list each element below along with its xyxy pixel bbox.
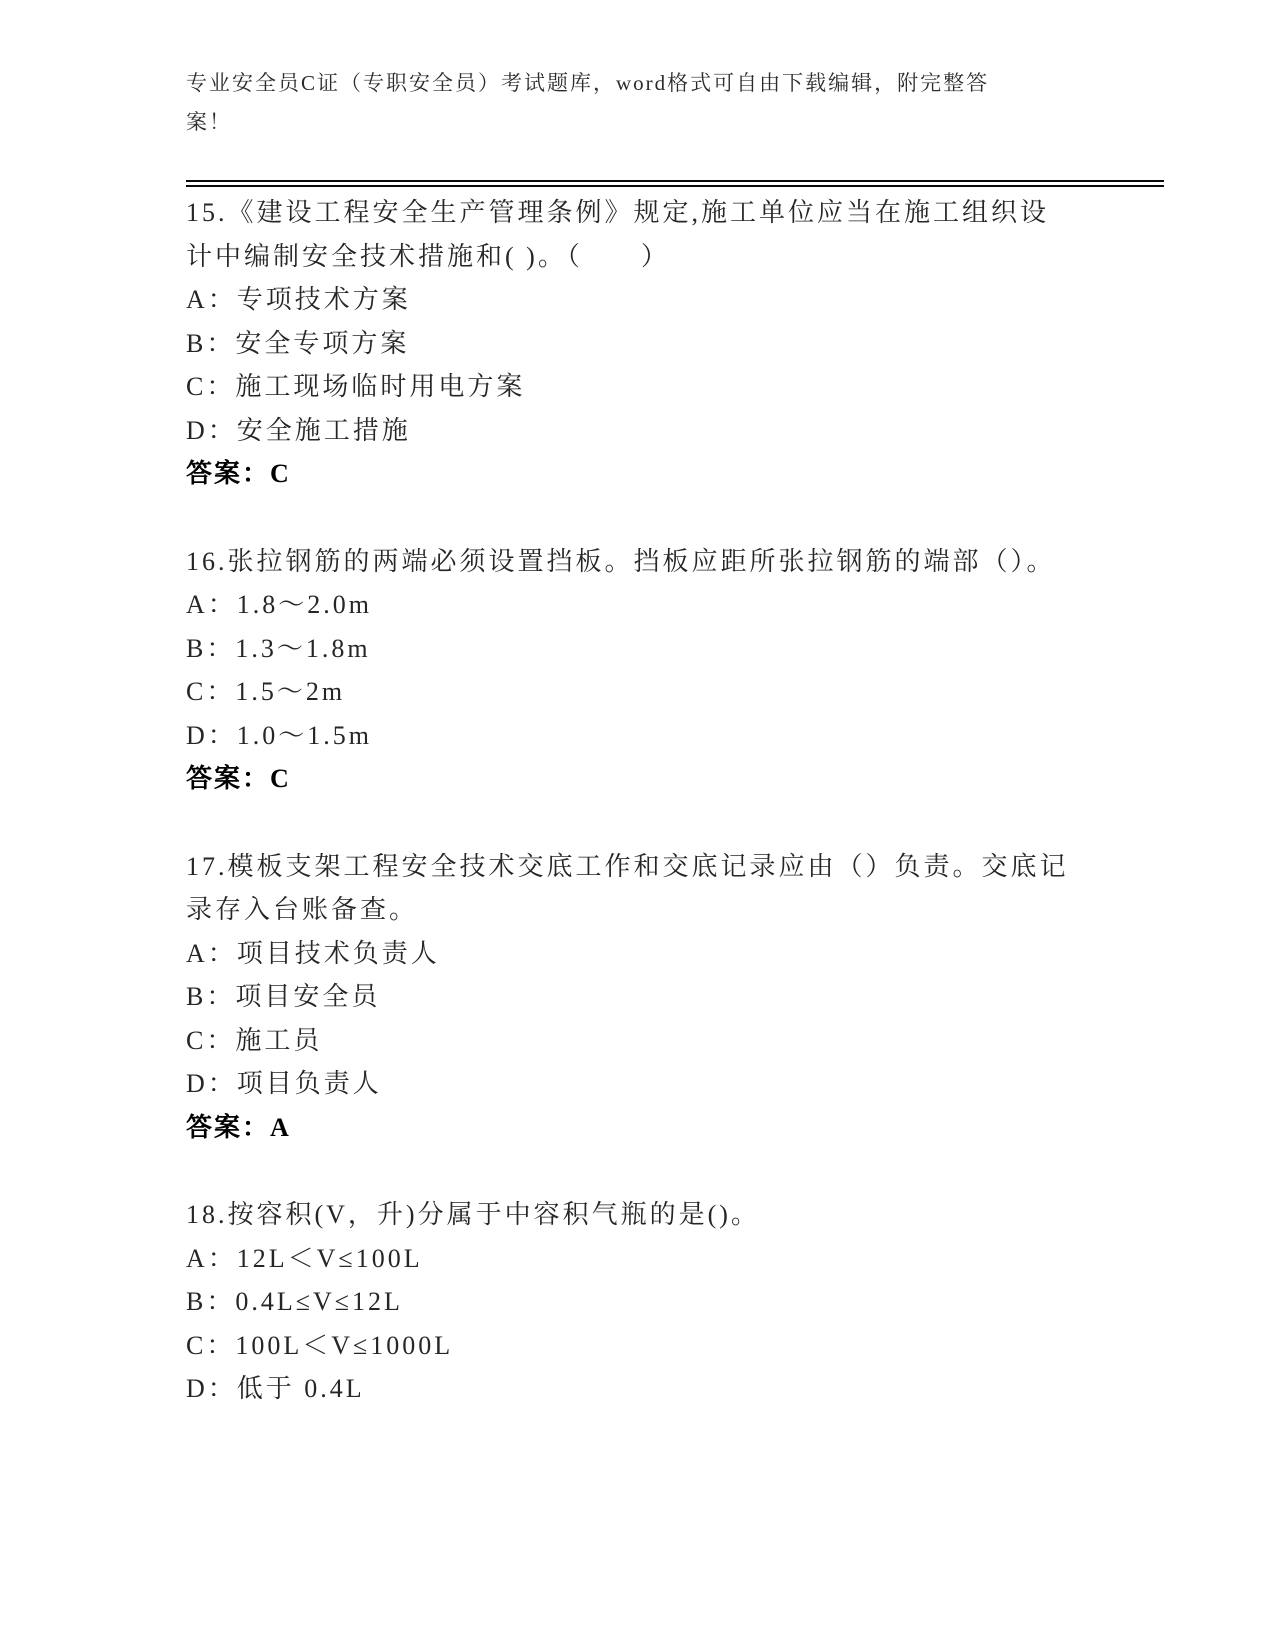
question-option-b: B：项目安全员 [186,975,1076,1019]
question-option-d: D：项目负责人 [186,1062,1076,1106]
question-answer: 答案：C [186,757,1076,801]
question-option-a: A：项目技术负责人 [186,932,1076,976]
question-title: 16.张拉钢筋的两端必须设置挡板。挡板应距所张拉钢筋的端部（）。 [186,540,1076,584]
question-list: 15.《建设工程安全生产管理条例》规定,施工单位应当在施工组织设计中编制安全技术… [186,191,1275,1411]
document-header-note: 专业安全员C证（专职安全员）考试题库，word格式可自由下载编辑，附完整答案！ [186,64,1001,142]
question-option-c: C：100L＜V≤1000L [186,1324,1076,1368]
question-block-18: 18.按容积(V，升)分属于中容积气瓶的是()。 A：12L＜V≤100L B：… [186,1193,1275,1411]
question-block-17: 17.模板支架工程安全技术交底工作和交底记录应由（）负责。交底记录存入台账备查。… [186,845,1275,1150]
question-answer: 答案：A [186,1106,1076,1150]
question-title: 17.模板支架工程安全技术交底工作和交底记录应由（）负责。交底记录存入台账备查。 [186,845,1076,932]
question-option-c: C：施工现场临时用电方案 [186,365,1076,409]
answer-label: 答案： [186,764,270,793]
question-option-c: C：1.5～2m [186,670,1076,714]
question-block-16: 16.张拉钢筋的两端必须设置挡板。挡板应距所张拉钢筋的端部（）。 A：1.8～2… [186,540,1275,801]
question-answer: 答案：C [186,452,1076,496]
question-option-b: B：0.4L≤V≤12L [186,1280,1076,1324]
answer-value: A [270,1113,291,1142]
answer-label: 答案： [186,459,270,488]
question-title: 15.《建设工程安全生产管理条例》规定,施工单位应当在施工组织设计中编制安全技术… [186,191,1076,278]
question-option-d: D：低于 0.4L [186,1367,1076,1411]
question-option-a: A：12L＜V≤100L [186,1237,1076,1281]
header-divider [186,180,1164,187]
answer-value: C [270,764,291,793]
question-block-15: 15.《建设工程安全生产管理条例》规定,施工单位应当在施工组织设计中编制安全技术… [186,191,1275,496]
question-option-d: D：1.0～1.5m [186,714,1076,758]
question-option-d: D：安全施工措施 [186,409,1076,453]
question-option-b: B：1.3～1.8m [186,627,1076,671]
question-option-b: B：安全专项方案 [186,322,1076,366]
question-option-c: C：施工员 [186,1019,1076,1063]
answer-label: 答案： [186,1113,270,1142]
answer-value: C [270,459,291,488]
question-option-a: A：1.8～2.0m [186,583,1076,627]
question-option-a: A：专项技术方案 [186,278,1076,322]
document-page: 专业安全员C证（专职安全员）考试题库，word格式可自由下载编辑，附完整答案！ … [0,0,1275,1650]
question-title: 18.按容积(V，升)分属于中容积气瓶的是()。 [186,1193,1076,1237]
